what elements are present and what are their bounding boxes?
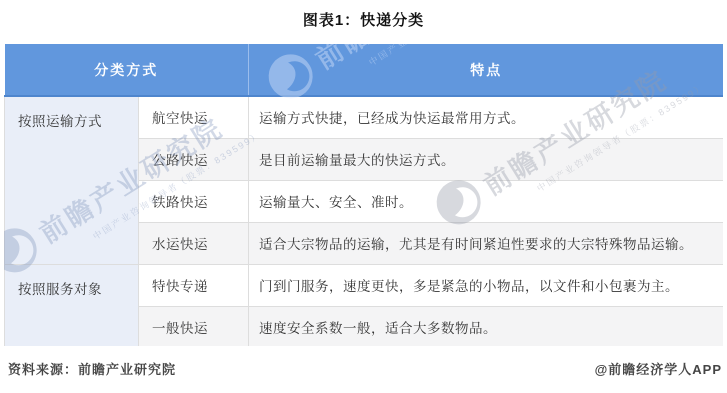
type-cell: 一般快运: [139, 306, 249, 346]
feature-cell: 运输方式快捷，已经成为快运最常用方式。: [249, 96, 724, 138]
category-cell-transport: 按照运输方式: [5, 96, 139, 264]
type-cell: 铁路快运: [139, 180, 249, 222]
column-header-features: 特点: [249, 44, 724, 96]
column-header-classification: 分类方式: [5, 44, 249, 96]
table-row: 按照运输方式 航空快运 运输方式快捷，已经成为快运最常用方式。: [5, 96, 724, 138]
page-title: 图表1：快递分类: [0, 9, 727, 30]
data-source-label: 资料来源：前瞻产业研究院: [8, 359, 176, 378]
category-cell-service: 按照服务对象: [5, 264, 139, 346]
table-row: 按照服务对象 特快专递 门到门服务，速度更快，多是紧急的小物品，以文件和小包裹为…: [5, 264, 724, 306]
type-cell: 特快专递: [139, 264, 249, 306]
credit-label: @前瞻经济学人APP: [595, 359, 722, 378]
feature-cell: 运输量大、安全、准时。: [249, 180, 724, 222]
feature-cell: 门到门服务，速度更快，多是紧急的小物品，以文件和小包裹为主。: [249, 264, 724, 306]
classification-table: 分类方式 特点 按照运输方式 航空快运 运输方式快捷，已经成为快运最常用方式。 …: [4, 44, 723, 346]
header-row: 分类方式 特点: [5, 44, 724, 96]
type-cell: 公路快运: [139, 138, 249, 180]
type-cell: 水运快运: [139, 222, 249, 264]
feature-cell: 速度安全系数一般，适合大多数物品。: [249, 306, 724, 346]
feature-cell: 是目前运输量最大的快运方式。: [249, 138, 724, 180]
classification-table-container: 分类方式 特点 按照运输方式 航空快运 运输方式快捷，已经成为快运最常用方式。 …: [4, 44, 723, 346]
type-cell: 航空快运: [139, 96, 249, 138]
feature-cell: 适合大宗物品的运输，尤其是有时间紧迫性要求的大宗特殊物品运输。: [249, 222, 724, 264]
